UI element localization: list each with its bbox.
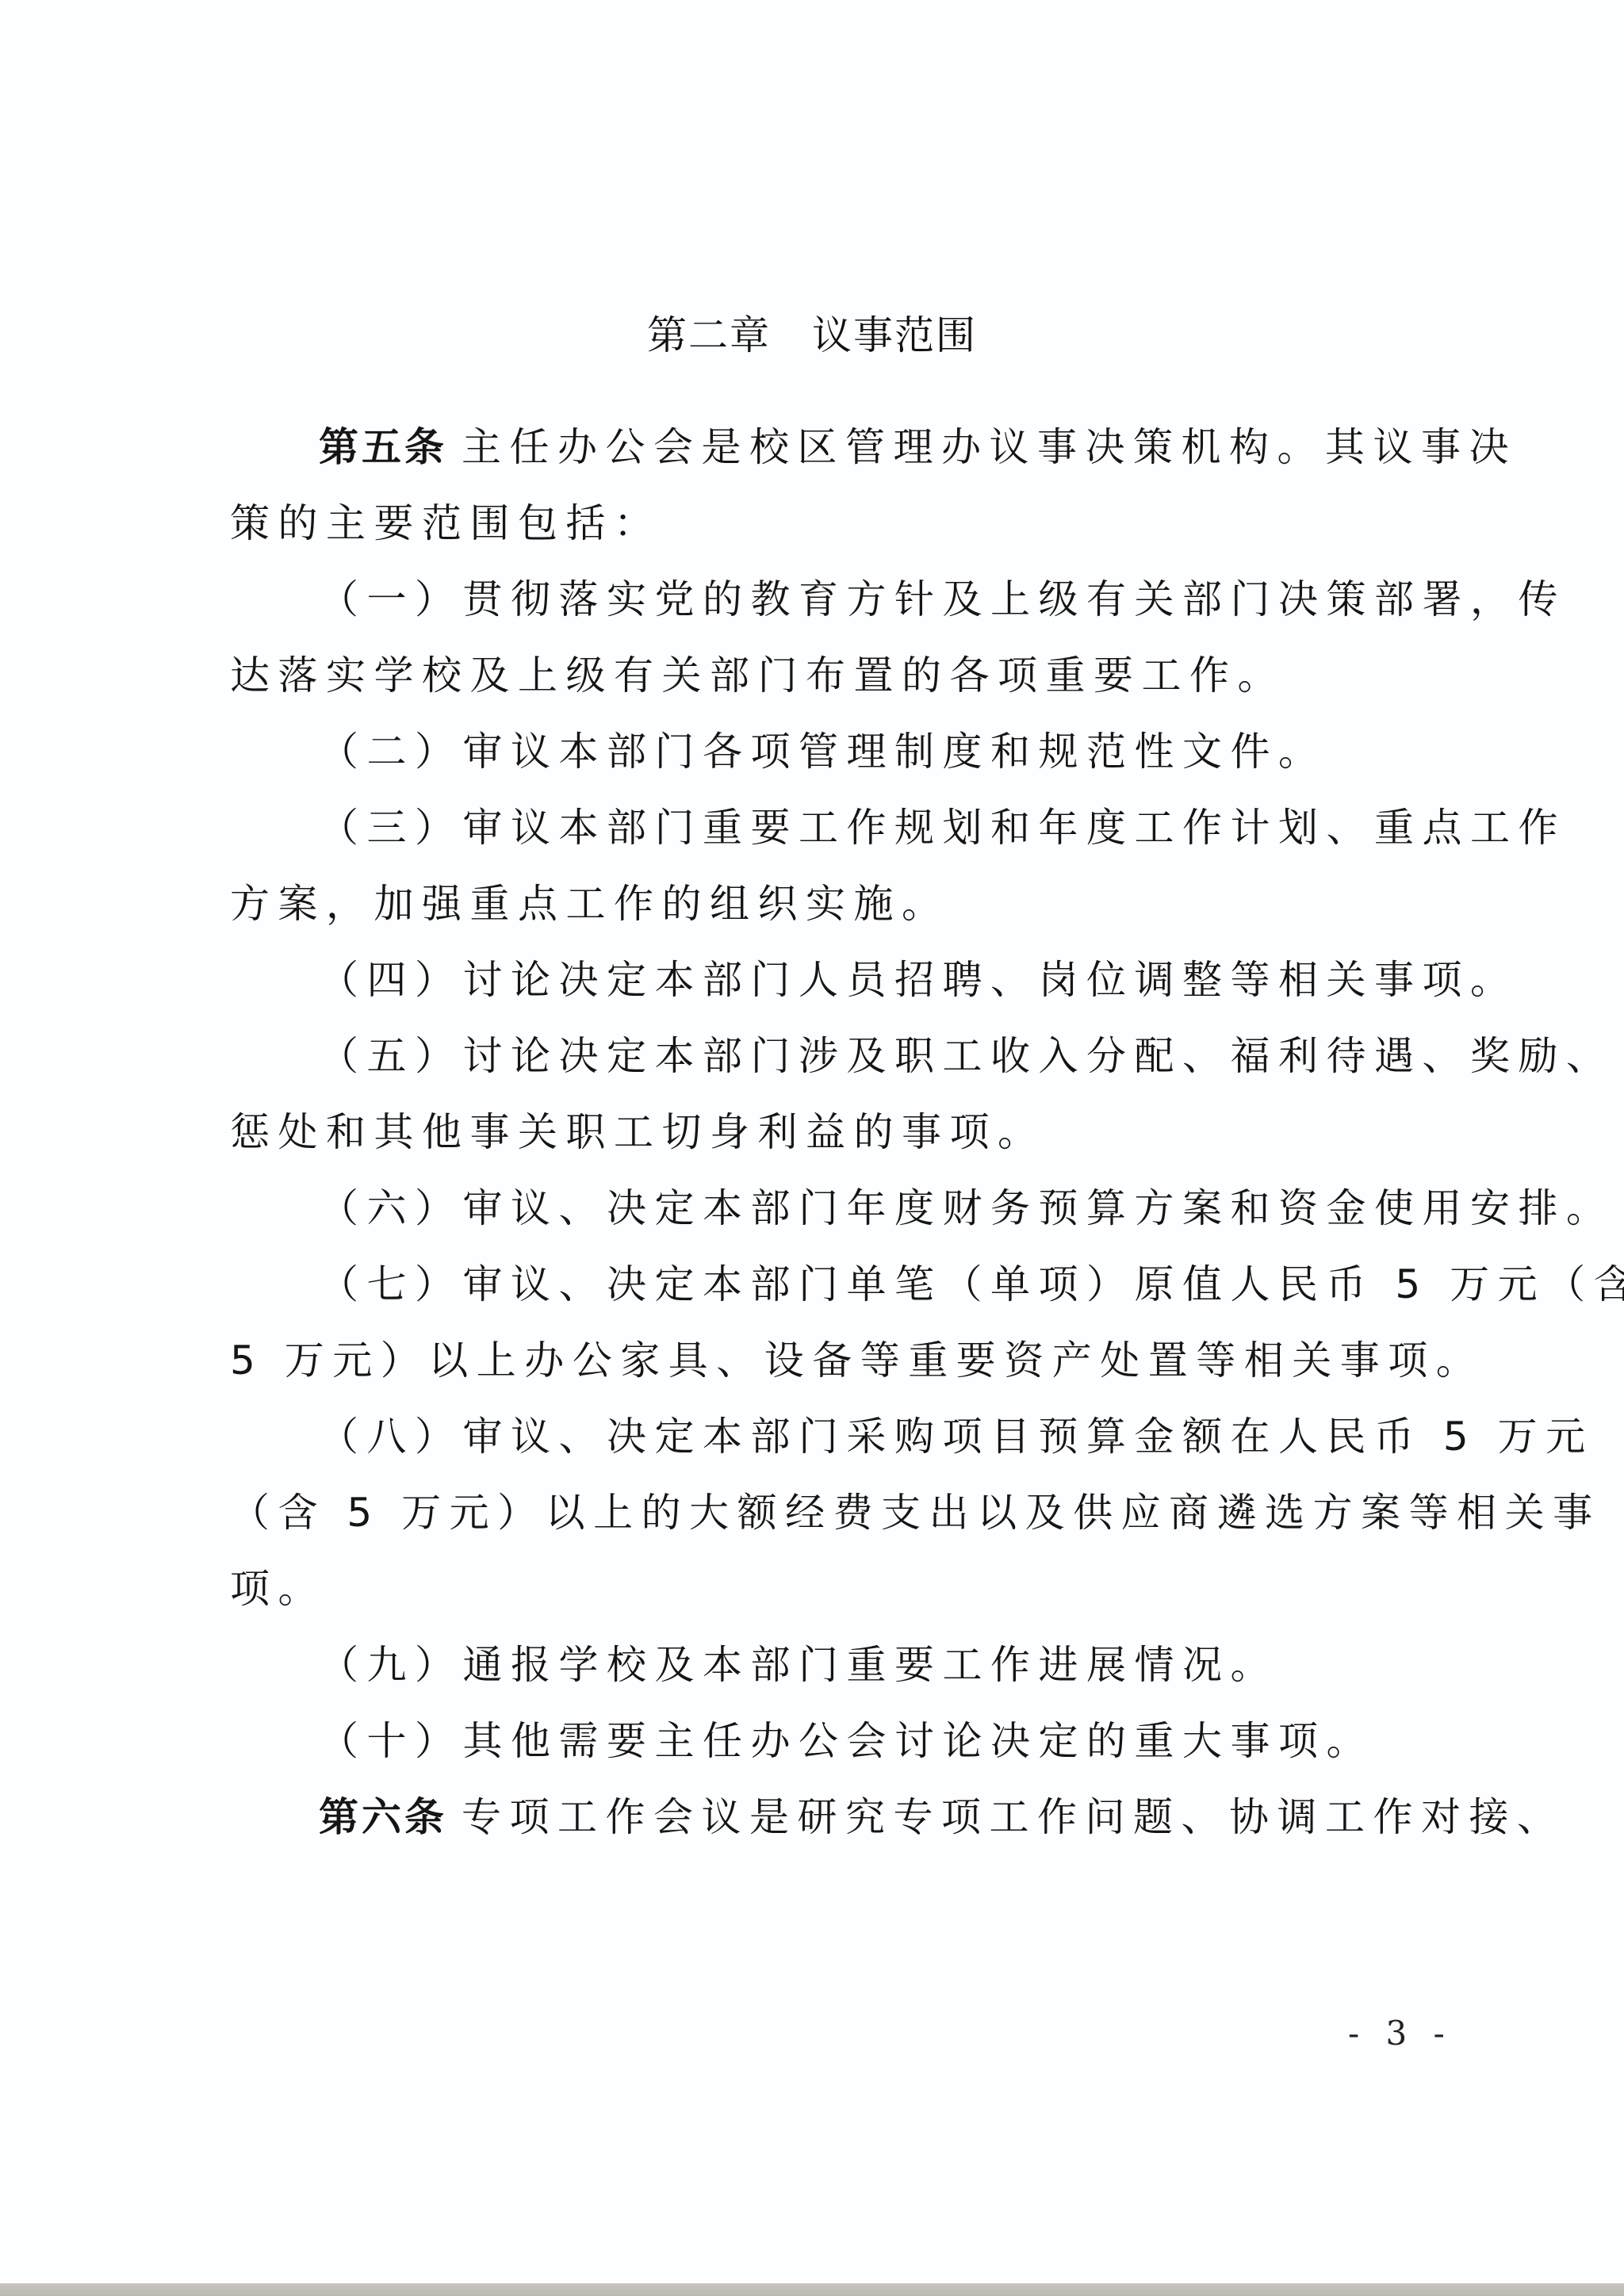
list-item-3-line-2: 方案，加强重点工作的组织实施。 xyxy=(230,866,1467,942)
chapter-number: 第二章 xyxy=(647,312,771,358)
scan-edge-strip xyxy=(0,2283,1624,2296)
article-label: 第六条 xyxy=(319,1794,447,1840)
list-item-8-line-2: （含 5 万元）以上的大额经费支出以及供应商遴选方案等相关事 xyxy=(230,1475,1467,1551)
article-5-line-1: 第五条主任办公会是校区管理办议事决策机构。其议事决 xyxy=(230,409,1467,485)
article-label: 第五条 xyxy=(319,424,447,470)
article-5-line-2: 策的主要范围包括： xyxy=(230,485,1467,561)
list-item-1-line-2: 达落实学校及上级有关部门布置的各项重要工作。 xyxy=(230,637,1467,714)
list-item-6-line-1: （六）审议、决定本部门年度财务预算方案和资金使用安排。 xyxy=(230,1170,1467,1246)
chapter-title-text: 议事范围 xyxy=(812,312,977,358)
list-item-4-line-1: （四）讨论决定本部门人员招聘、岗位调整等相关事项。 xyxy=(230,942,1467,1018)
article-6-line-1: 第六条专项工作会议是研究专项工作问题、协调工作对接、 xyxy=(230,1779,1467,1855)
article-text: 主任办公会是校区管理办议事决策机构。其议事决 xyxy=(462,424,1517,470)
list-item-9-line-1: （九）通报学校及本部门重要工作进展情况。 xyxy=(230,1627,1467,1703)
list-item-1-line-1: （一）贯彻落实党的教育方针及上级有关部门决策部署，传 xyxy=(230,561,1467,637)
article-text: 专项工作会议是研究专项工作问题、协调工作对接、 xyxy=(462,1794,1565,1840)
document-body: 第五条主任办公会是校区管理办议事决策机构。其议事决 策的主要范围包括： （一）贯… xyxy=(230,409,1467,1855)
list-item-5-line-1: （五）讨论决定本部门涉及职工收入分配、福利待遇、奖励、 xyxy=(230,1018,1467,1094)
list-item-10-line-1: （十）其他需要主任办公会讨论决定的重大事项。 xyxy=(230,1703,1467,1779)
document-page: 第二章议事范围 第五条主任办公会是校区管理办议事决策机构。其议事决 策的主要范围… xyxy=(0,0,1624,2283)
list-item-2-line-1: （二）审议本部门各项管理制度和规范性文件。 xyxy=(230,714,1467,790)
page-number: - 3 - xyxy=(1348,2014,1453,2053)
list-item-5-line-2: 惩处和其他事关职工切身利益的事项。 xyxy=(230,1094,1467,1170)
list-item-8-line-1: （八）审议、决定本部门采购项目预算金额在人民币 5 万元 xyxy=(230,1399,1467,1475)
list-item-8-line-3: 项。 xyxy=(230,1551,1467,1627)
list-item-3-line-1: （三）审议本部门重要工作规划和年度工作计划、重点工作 xyxy=(230,790,1467,866)
list-item-7-line-1: （七）审议、决定本部门单笔（单项）原值人民币 5 万元（含 xyxy=(230,1246,1467,1322)
list-item-7-line-2: 5 万元）以上办公家具、设备等重要资产处置等相关事项。 xyxy=(230,1322,1467,1399)
chapter-heading: 第二章议事范围 xyxy=(0,308,1624,363)
